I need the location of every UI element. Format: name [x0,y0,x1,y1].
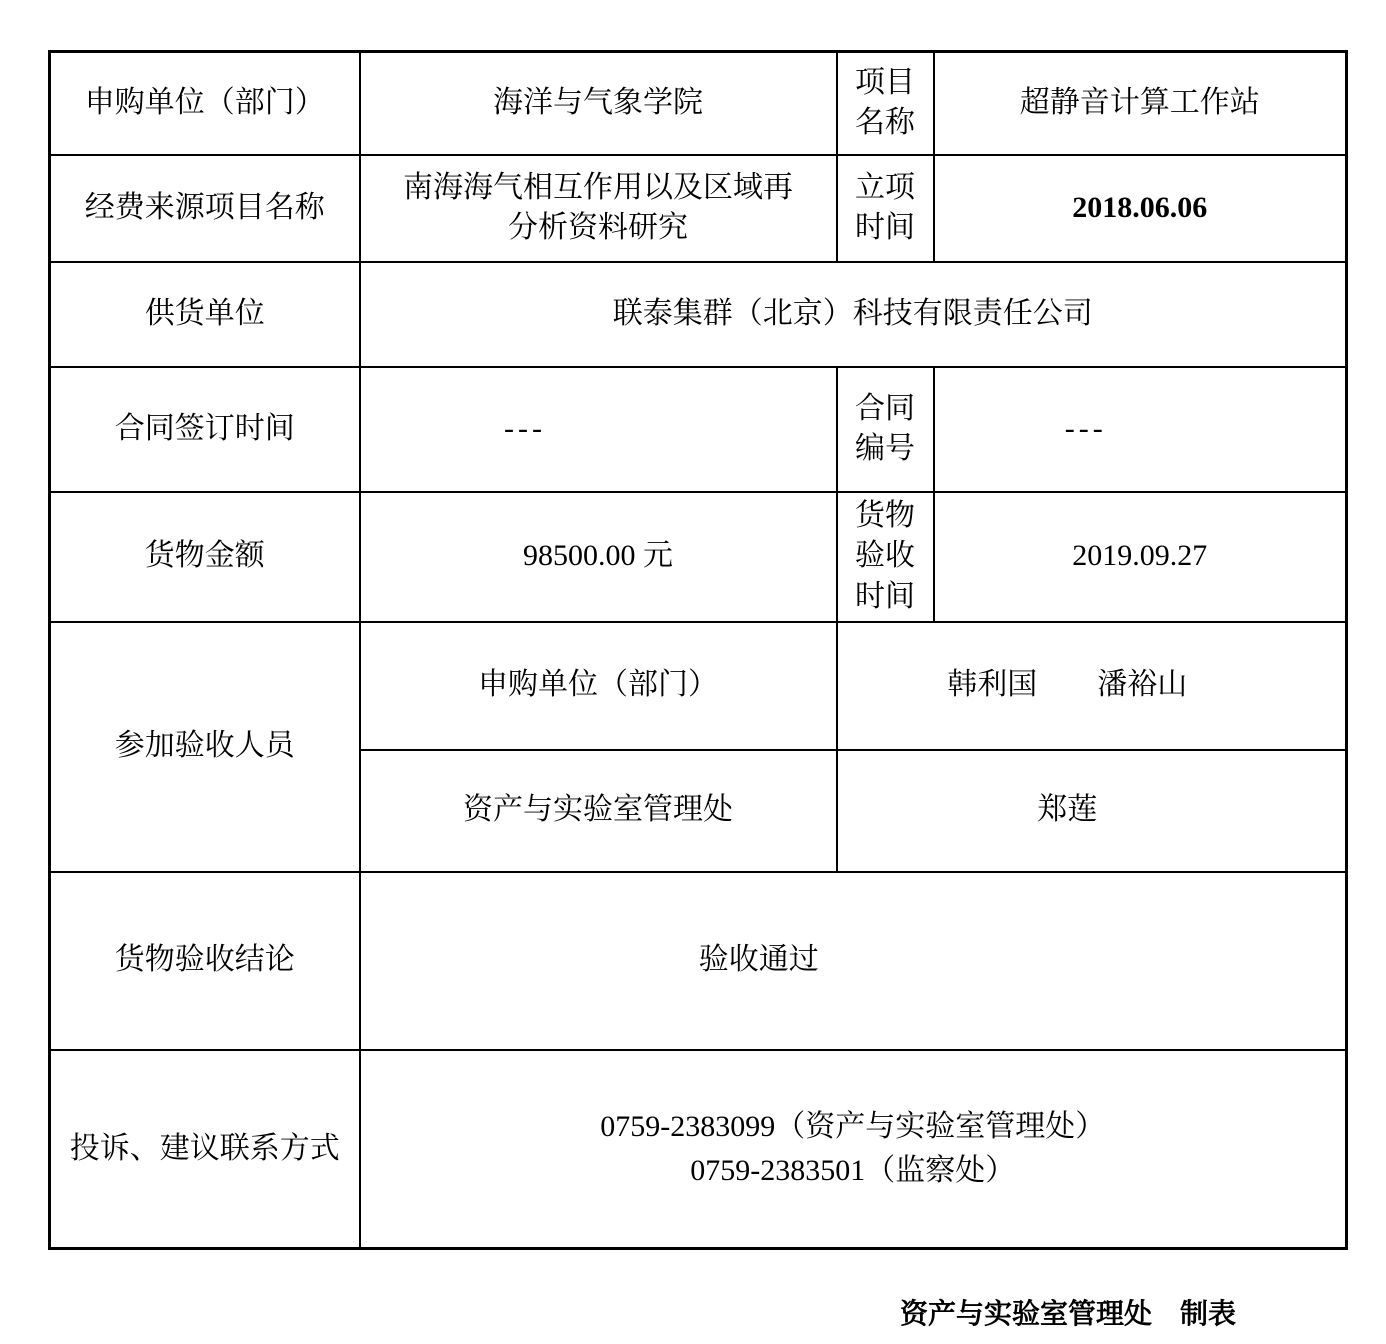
cell-complaint-contact-value: 0759-2383099（资产与实验室管理处） 0759-2383501（监察处… [360,1050,1347,1249]
cell-supplier-value: 联泰集群（北京）科技有限责任公司 [360,262,1347,367]
participants-group-1-names: 韩利国 潘裕山 [947,665,1187,706]
cell-goods-acceptance-date-label: 货物 验收 时间 [837,492,934,622]
supplier-value: 联泰集群（北京）科技有限责任公司 [613,294,1093,335]
cell-purchase-unit-label: 申购单位（部门） [50,52,360,155]
cell-approval-date-value: 2018.06.06 [934,155,1347,262]
participants-group-1-label: 申购单位（部门） [478,665,718,706]
cell-approval-date-label: 立项 时间 [837,155,934,262]
acceptance-form-table: 申购单位（部门） 海洋与气象学院 项目 名称 超静音计算工作站 经费来源项目名称… [48,50,1348,1250]
project-name-value: 超静音计算工作站 [1020,83,1260,124]
cell-project-name-value: 超静音计算工作站 [934,52,1347,155]
goods-acceptance-date-value: 2019.09.27 [1072,536,1207,577]
goods-amount-value: 98500.00 元 [523,536,673,577]
contract-number-value: --- [1065,409,1107,450]
complaint-contact-line-2: 0759-2383501（监察处） [361,1149,1346,1193]
cell-participants-group-1-names: 韩利国 潘裕山 [837,622,1347,750]
cell-funding-source-label: 经费来源项目名称 [50,155,360,262]
acceptance-form-page: 申购单位（部门） 海洋与气象学院 项目 名称 超静音计算工作站 经费来源项目名称… [0,0,1386,1344]
cell-contract-sign-date-value: --- [360,367,837,492]
cell-contract-sign-date-label: 合同签订时间 [50,367,360,492]
cell-goods-amount-label: 货物金额 [50,492,360,622]
purchase-unit-label: 申购单位（部门） [85,83,325,124]
acceptance-conclusion-value: 验收通过 [699,940,819,981]
contract-number-label: 合同 编号 [855,389,915,470]
participants-group-2-label: 资产与实验室管理处 [463,790,733,831]
cell-contract-number-label: 合同 编号 [837,367,934,492]
participants-group-2-names: 郑莲 [1037,790,1097,831]
acceptance-conclusion-label: 货物验收结论 [115,940,295,981]
contract-sign-date-label: 合同签订时间 [115,409,295,450]
cell-goods-acceptance-date-value: 2019.09.27 [934,492,1347,622]
supplier-label: 供货单位 [145,294,265,335]
funding-source-value: 南海海气相互作用以及区域再 分析资料研究 [403,168,793,249]
cell-acceptance-conclusion-value: 验收通过 [360,872,1347,1050]
cell-project-name-label: 项目 名称 [837,52,934,155]
approval-date-label: 立项 时间 [855,168,915,249]
cell-contract-number-value: --- [934,367,1347,492]
participants-label: 参加验收人员 [115,726,295,767]
funding-source-label: 经费来源项目名称 [85,188,325,229]
cell-purchase-unit-value: 海洋与气象学院 [360,52,837,155]
cell-participants-label: 参加验收人员 [50,622,360,872]
cell-complaint-contact-label: 投诉、建议联系方式 [50,1050,360,1249]
project-name-label: 项目 名称 [855,63,915,144]
cell-participants-group-2-label: 资产与实验室管理处 [360,750,837,872]
cell-supplier-label: 供货单位 [50,262,360,367]
complaint-contact-line-1: 0759-2383099（资产与实验室管理处） [361,1105,1346,1149]
cell-acceptance-conclusion-label: 货物验收结论 [50,872,360,1050]
cell-goods-amount-value: 98500.00 元 [360,492,837,622]
complaint-contact-label: 投诉、建议联系方式 [70,1129,340,1170]
cell-participants-group-1-label: 申购单位（部门） [360,622,837,750]
cell-funding-source-value: 南海海气相互作用以及区域再 分析资料研究 [360,155,837,262]
approval-date-value: 2018.06.06 [1072,188,1207,229]
goods-acceptance-date-label: 货物 验收 时间 [855,496,915,618]
contract-sign-date-value: --- [504,409,546,450]
goods-amount-label: 货物金额 [145,536,265,577]
cell-participants-group-2-names: 郑莲 [837,750,1347,872]
footer-note: 资产与实验室管理处 制表 [900,1292,1236,1332]
purchase-unit-value: 海洋与气象学院 [493,83,703,124]
